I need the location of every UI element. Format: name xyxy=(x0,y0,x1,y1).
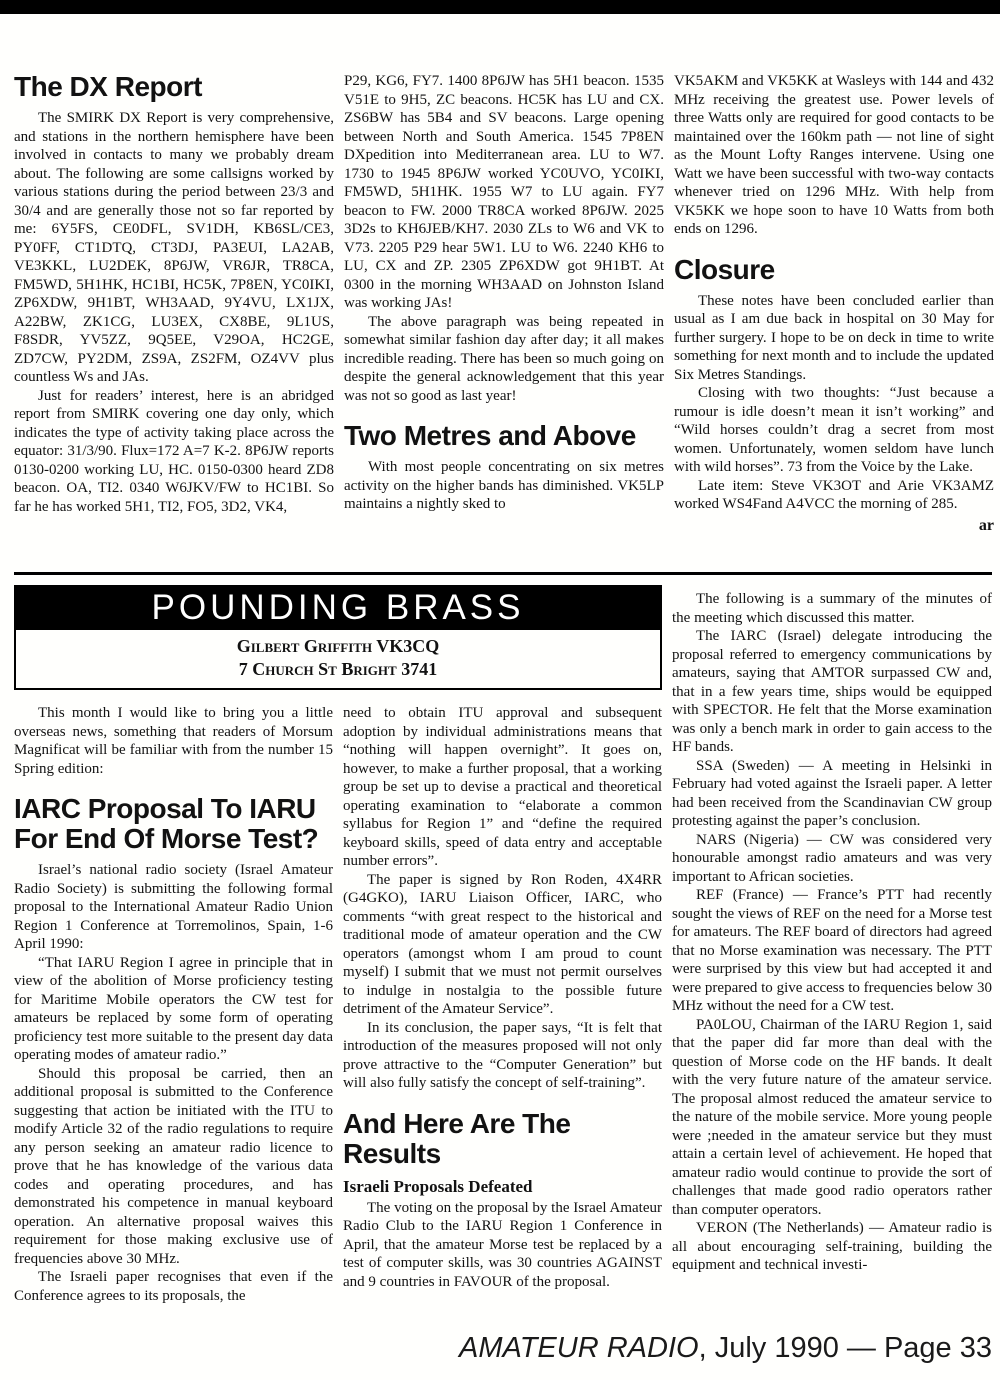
paragraph: Late item: Steve VK3OT and Arie VK3AMZ w… xyxy=(674,477,994,514)
page-footer: AMATEUR RADIO, July 1990 — Page 33 xyxy=(459,1332,992,1365)
paragraph: Closing with two thoughts: “Just because… xyxy=(674,384,994,477)
top-rule-bar xyxy=(0,0,1000,14)
bottom-column-3: The following is a summary of the minute… xyxy=(672,590,992,1302)
bottom-section: POUNDING BRASS Gilbert Griffith VK3CQ 7 … xyxy=(14,585,992,1344)
paragraph: need to obtain ITU approval and subseque… xyxy=(343,704,662,871)
page-content: The DX Report The SMIRK DX Report is ver… xyxy=(14,72,992,1344)
paragraph: These notes have been concluded earlier … xyxy=(674,292,994,385)
paragraph: NARS (Nigeria) — CW was considered very … xyxy=(672,831,992,887)
paragraph: This month I would like to bring you a l… xyxy=(14,704,333,778)
paragraph: Israel’s national radio society (Israel … xyxy=(14,861,333,954)
section-divider-rule xyxy=(14,572,992,575)
journal-title: AMATEUR RADIO xyxy=(459,1332,699,1364)
heading-results: And Here Are The Results xyxy=(343,1109,662,1169)
paragraph: The paper is signed by Ron Roden, 4X4RR … xyxy=(343,871,662,1019)
byline-author: Gilbert Griffith VK3CQ xyxy=(16,635,660,658)
heading-two-metres: Two Metres and Above xyxy=(344,421,664,451)
paragraph: The Israeli paper recognises that even i… xyxy=(14,1268,333,1305)
bottom-column-1: This month I would like to bring you a l… xyxy=(14,704,333,1344)
heading-iarc-proposal: IARC Proposal To IARU For End Of Morse T… xyxy=(14,794,333,854)
column-byline-box: Gilbert Griffith VK3CQ 7 Church St Brigh… xyxy=(14,630,662,690)
top-column-3: VK5AKM and VK5KK at Wasleys with 144 and… xyxy=(674,72,994,564)
paragraph: The following is a summary of the minute… xyxy=(672,590,992,627)
paragraph: The voting on the proposal by the Israel… xyxy=(343,1199,662,1292)
paragraph: VERON (The Netherlands) — Amateur radio … xyxy=(672,1219,992,1275)
heading-closure: Closure xyxy=(674,255,994,285)
paragraph: REF (France) — France’s PTT had recently… xyxy=(672,886,992,1016)
top-column-1: The DX Report The SMIRK DX Report is ver… xyxy=(14,72,334,564)
paragraph: Should this proposal be carried, then an… xyxy=(14,1065,333,1269)
bottom-column-2: need to obtain ITU approval and subseque… xyxy=(343,704,662,1344)
paragraph: SSA (Sweden) — A meeting in Helsinki in … xyxy=(672,757,992,831)
paragraph: PA0LOU, Chairman of the IARU Region 1, s… xyxy=(672,1016,992,1220)
end-of-article-mark: ar xyxy=(674,517,994,535)
top-article-columns: The DX Report The SMIRK DX Report is ver… xyxy=(14,72,992,564)
byline-address: 7 Church St Bright 3741 xyxy=(16,658,660,681)
paragraph: Just for readers’ interest, here is an a… xyxy=(14,387,334,517)
paragraph: The IARC (Israel) delegate introducing t… xyxy=(672,627,992,757)
paragraph: In its conclusion, the paper says, “It i… xyxy=(343,1019,662,1093)
paragraph: The SMIRK DX Report is very comprehensiv… xyxy=(14,109,334,387)
magazine-page: The DX Report The SMIRK DX Report is ver… xyxy=(0,0,1000,1380)
heading-dx-report: The DX Report xyxy=(14,72,334,102)
paragraph: P29, KG6, FY7. 1400 8P6JW has 5H1 beacon… xyxy=(344,72,664,313)
pounding-brass-section: POUNDING BRASS Gilbert Griffith VK3CQ 7 … xyxy=(14,585,662,1344)
paragraph: VK5AKM and VK5KK at Wasleys with 144 and… xyxy=(674,72,994,239)
footer-issue-page: , July 1990 — Page 33 xyxy=(699,1332,992,1364)
subheading-israeli-proposals: Israeli Proposals Defeated xyxy=(343,1176,662,1198)
paragraph: “That IARU Region I agree in principle t… xyxy=(14,954,333,1065)
bottom-article-columns: This month I would like to bring you a l… xyxy=(14,704,662,1344)
paragraph: The above paragraph was being repeated i… xyxy=(344,313,664,406)
paragraph: With most people concentrating on six me… xyxy=(344,458,664,514)
top-column-2: P29, KG6, FY7. 1400 8P6JW has 5H1 beacon… xyxy=(344,72,664,564)
column-banner-title: POUNDING BRASS xyxy=(14,585,662,630)
